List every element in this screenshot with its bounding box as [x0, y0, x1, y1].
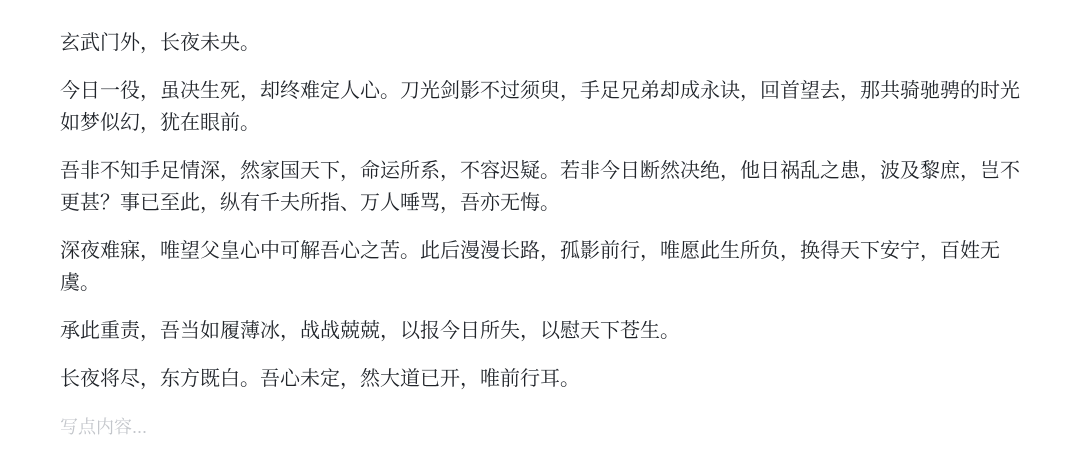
document-paragraph-6[interactable]: 长夜将尽，东方既白。吾心未定，然大道已开，唯前行耳。	[60, 363, 1028, 395]
document-paragraph-1[interactable]: 玄武门外，长夜未央。	[60, 27, 1028, 59]
document-paragraph-2[interactable]: 今日一役，虽决生死，却终难定人心。刀光剑影不过须臾，手足兄弟却成永诀，回首望去，…	[60, 75, 1028, 139]
document-paragraph-4[interactable]: 深夜难寐，唯望父皇心中可解吾心之苦。此后漫漫长路，孤影前行，唯愿此生所负，换得天…	[60, 235, 1028, 299]
document-paragraph-5[interactable]: 承此重责，吾当如履薄冰，战战兢兢，以报今日所失，以慰天下苍生。	[60, 315, 1028, 347]
document-editor: 玄武门外，长夜未央。 今日一役，虽决生死，却终难定人心。刀光剑影不过须臾，手足兄…	[0, 0, 1080, 456]
document-content: 玄武门外，长夜未央。 今日一役，虽决生死，却终难定人心。刀光剑影不过须臾，手足兄…	[60, 27, 1028, 443]
editor-empty-line-placeholder[interactable]: 写点内容...	[60, 411, 1028, 443]
document-paragraph-3[interactable]: 吾非不知手足情深，然家国天下，命运所系，不容迟疑。若非今日断然决绝，他日祸乱之患…	[60, 155, 1028, 219]
